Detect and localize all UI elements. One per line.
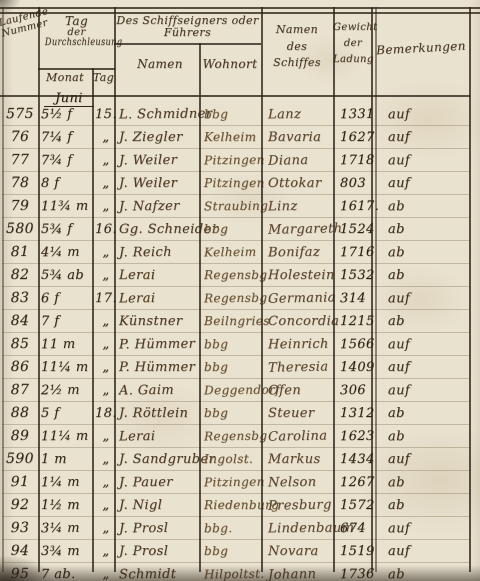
cell-laufende-nummer: 79	[2, 198, 38, 214]
header-bemerkungen: Bemerkungen	[373, 39, 470, 57]
table-row: 92 1½ m „ J. Nigl Riedenburg Presburg 15…	[2, 494, 469, 517]
cell-uhrzeit: 5¾ f	[38, 222, 95, 237]
cell-bemerkung: auf	[380, 106, 469, 122]
cell-uhrzeit: 8 f	[38, 176, 95, 191]
cell-eigner-name: L. Schmidner	[117, 106, 204, 122]
table-row: 89 11¼ m „ Lerai Regensbg Carolina 1623 …	[2, 425, 469, 448]
cell-wohnort: bbg	[204, 107, 266, 122]
cell-uhrzeit: 11 m	[38, 336, 95, 352]
cell-uhrzeit: 1¼ m	[38, 474, 95, 490]
cell-bemerkung: ab	[380, 198, 469, 214]
header-gewicht-line2: der	[344, 38, 362, 49]
cell-wohnort: Straubing	[204, 199, 266, 214]
cell-schiffsname: Bavaria	[266, 130, 340, 145]
cell-bemerkung: ab	[380, 314, 469, 329]
table-row: 81 4¼ m „ J. Reich Kelheim Bonifaz 1716 …	[2, 241, 469, 264]
cell-bemerkung: auf	[380, 452, 469, 467]
column-rule-gewicht-bemerkungen-outer	[371, 7, 373, 572]
cell-schiffsname: Lindenbaum	[266, 520, 340, 536]
cell-eigner-name: Lerai	[117, 428, 204, 444]
column-rule-namen-wohnort	[199, 43, 201, 572]
table-rows: 575 5½ f 15. L. Schmidner bbg Lanz 1331 …	[2, 103, 469, 581]
page-corner-shadow	[0, 0, 22, 14]
cell-schiffsname: Concordia	[266, 314, 340, 329]
cell-wohnort: Regensbg	[204, 268, 266, 282]
subheader-tag: Tag	[92, 72, 115, 84]
table-row: 83 6 f 17. Lerai Regensbg. Germania 314 …	[2, 287, 469, 310]
cell-gewicht: 1312	[340, 406, 380, 421]
cell-schiffsname: Ottokar	[266, 176, 340, 191]
table-row: 580 5¾ f 16. Gg. Schneider bbg Margareth…	[2, 218, 469, 241]
cell-bemerkung: auf	[380, 152, 469, 168]
cell-schiffsname: Germania	[266, 290, 340, 307]
table-row: 575 5½ f 15. L. Schmidner bbg Lanz 1331 …	[2, 103, 469, 126]
cell-laufende-nummer: 83	[2, 290, 38, 306]
cell-laufende-nummer: 575	[2, 106, 38, 122]
cell-uhrzeit: 7¼ f	[38, 130, 95, 145]
subheader-monat: Monat	[38, 72, 92, 84]
header-schiff-line3: Schiffes	[273, 56, 321, 69]
cell-uhrzeit: 3¼ m	[38, 520, 95, 536]
page-bottom-shadow	[0, 565, 480, 581]
header-schiffseigner-line2: Führers	[164, 26, 211, 39]
cell-wohnort: bbg	[204, 544, 266, 558]
cell-laufende-nummer: 87	[2, 382, 38, 398]
header-tag-word: Tag	[38, 15, 115, 28]
column-rule-schiff-gewicht	[333, 7, 335, 572]
cell-laufende-nummer: 580	[2, 221, 38, 237]
cell-eigner-name: J. Reich	[117, 244, 204, 260]
cell-bemerkung: ab	[380, 428, 469, 444]
header-tag-der-durchschleusung: Tag der Durchschleusung	[38, 15, 115, 49]
cell-bemerkung: auf	[380, 520, 469, 536]
cell-schiffsname: Diana	[266, 152, 340, 169]
rule-under-header	[0, 95, 470, 97]
cell-laufende-nummer: 82	[2, 267, 38, 283]
cell-gewicht: 1409	[340, 360, 380, 375]
cell-laufende-nummer: 76	[2, 129, 38, 145]
cell-eigner-name: J. Weiler	[117, 176, 204, 191]
subheader-namen: Namen	[120, 58, 200, 71]
cell-uhrzeit: 4¼ m	[38, 244, 95, 260]
cell-eigner-name: Künstner	[117, 314, 204, 329]
cell-schiffsname: Novara	[266, 544, 340, 559]
cell-gewicht: 803	[340, 176, 380, 191]
cell-wohnort: Regensbg.	[204, 291, 266, 306]
table-row: 88 5 f 18. J. Röttlein bbg Steuer 1312 a…	[2, 402, 469, 425]
cell-uhrzeit: 7 f	[38, 314, 95, 329]
cell-uhrzeit: 11¼ m	[38, 428, 95, 444]
cell-schiffsname: Heinrich	[266, 336, 340, 352]
cell-schiffsname: Margareth	[266, 221, 340, 238]
cell-schiffsname: Markus	[266, 452, 340, 467]
cell-schiffsname: Presburg	[266, 497, 340, 514]
cell-wohnort: bbg	[204, 406, 266, 420]
header-schiff-line2: des	[287, 40, 307, 53]
cell-wohnort: Ingolst.	[204, 452, 266, 466]
cell-laufende-nummer: 590	[2, 451, 38, 467]
cell-laufende-nummer: 86	[2, 359, 38, 375]
table-row: 78 8 f „ J. Weiler Pitzingen Ottokar 803…	[2, 172, 469, 195]
cell-uhrzeit: 11¼ m	[38, 360, 95, 375]
cell-wohnort: Kelheim	[204, 130, 266, 144]
cell-eigner-name: P. Hümmer	[117, 336, 204, 352]
cell-laufende-nummer: 88	[2, 405, 38, 421]
cell-wohnort: Beilngries	[204, 314, 266, 328]
table-row: 91 1¼ m „ J. Pauer Pitzingen Nelson 1267…	[2, 471, 469, 494]
table-row: 82 5¾ ab „ Lerai Regensbg Holestein 1532…	[2, 264, 469, 287]
cell-bemerkung: auf	[380, 544, 469, 559]
cell-gewicht: 1519	[340, 544, 380, 559]
cell-gewicht: 1434	[340, 452, 380, 467]
cell-uhrzeit: 5½ f	[38, 106, 95, 122]
table-row: 94 3¾ m „ J. Prosl bbg Novara 1519 auf	[2, 540, 469, 563]
cell-eigner-name: A. Gaim	[117, 382, 204, 398]
cell-bemerkung: auf	[380, 290, 469, 306]
cell-eigner-name: J. Nafzer	[117, 198, 204, 214]
cell-wohnort: Pitzingen	[204, 153, 266, 168]
cell-uhrzeit: 7¾ f	[38, 152, 95, 168]
cell-eigner-name: J. Nigl	[117, 498, 204, 513]
cell-bemerkung: auf	[380, 382, 469, 398]
cell-wohnort: bbg	[204, 222, 266, 236]
cell-uhrzeit: 2½ m	[38, 382, 95, 398]
cell-wohnort: Riedenburg	[204, 498, 266, 512]
table-row: 85 11 m „ P. Hümmer bbg Heinrich 1566 au…	[2, 333, 469, 356]
header-durchschleusung-word: Durchschleusung	[45, 38, 108, 49]
cell-schiffsname: Carolina	[266, 428, 340, 445]
cell-uhrzeit: 1 m	[38, 452, 95, 467]
cell-eigner-name: Gg. Schneider	[117, 222, 204, 237]
cell-bemerkung: ab	[380, 498, 469, 513]
table-row: 76 7¼ f „ J. Ziegler Kelheim Bavaria 162…	[2, 126, 469, 149]
cell-schiffsname: Ofen	[266, 382, 340, 398]
cell-uhrzeit: 11¾ m	[38, 198, 95, 214]
cell-uhrzeit: 1½ m	[38, 498, 95, 513]
cell-wohnort: bbg.	[204, 521, 266, 536]
header-gewicht-der-ladung: Gewicht der Ladung	[333, 20, 373, 68]
cell-eigner-name: Lerai	[117, 268, 204, 283]
cell-bemerkung: auf	[380, 130, 469, 145]
rule-above-monat-tag	[38, 68, 115, 70]
header-gewicht-line3: Ladung	[333, 54, 374, 65]
cell-wohnort: Kelheim	[204, 245, 266, 260]
cell-eigner-name: Lerai	[117, 290, 204, 306]
cell-laufende-nummer: 89	[2, 428, 38, 444]
cell-wohnort: Pitzingen	[204, 475, 266, 490]
cell-eigner-name: J. Ziegler	[117, 130, 204, 145]
cell-laufende-nummer: 78	[2, 175, 38, 191]
cell-schiffsname: Linz	[266, 198, 340, 214]
cell-laufende-nummer: 91	[2, 474, 38, 490]
cell-wohnort: Pitzingen	[204, 176, 266, 190]
cell-gewicht: 1215	[340, 314, 380, 329]
cell-bemerkung: auf	[380, 360, 469, 375]
cell-schiffsname: Bonifaz	[266, 244, 340, 260]
table-row: 79 11¾ m „ J. Nafzer Straubing Linz 1617…	[2, 195, 469, 218]
column-rule-gewicht-bemerkungen-inner	[375, 7, 377, 572]
cell-laufende-nummer: 84	[2, 313, 38, 329]
table-border-top-inner	[0, 12, 480, 14]
cell-eigner-name: J. Weiler	[117, 152, 204, 168]
table-row: 84 7 f „ Künstner Beilngries Concordia 1…	[2, 310, 469, 333]
table-row: 590 1 m „ J. Sandgruber Ingolst. Markus …	[2, 448, 469, 471]
column-rule-nummer	[38, 7, 40, 572]
cell-gewicht: 1532	[340, 268, 380, 283]
cell-laufende-nummer: 85	[2, 336, 38, 352]
cell-bemerkung: ab	[380, 268, 469, 283]
cell-schiffsname: Steuer	[266, 406, 340, 421]
cell-eigner-name: J. Prosl	[117, 520, 204, 536]
cell-laufende-nummer: 92	[2, 497, 38, 513]
header-schiffseigner: Des Schiffseigners oder Führers	[114, 15, 261, 38]
cell-schiffsname: Nelson	[266, 474, 340, 490]
cell-gewicht: 1627	[340, 130, 380, 145]
cell-uhrzeit: 5 f	[38, 406, 95, 421]
cell-bemerkung: auf	[380, 176, 469, 191]
column-rule-monat-tag	[92, 68, 94, 572]
table-row: 86 11¼ m „ P. Hümmer bbg Theresia 1409 a…	[2, 356, 469, 379]
table-border-top-outer	[0, 7, 480, 9]
cell-eigner-name: P. Hümmer	[117, 360, 204, 375]
cell-eigner-name: J. Röttlein	[117, 406, 204, 421]
table-row: 93 3¼ m „ J. Prosl bbg. Lindenbaum 674 a…	[2, 517, 469, 540]
cell-schiffsname: Holestein	[266, 268, 340, 283]
column-rule-right-edge	[469, 7, 471, 572]
rule-under-eigner-header	[114, 43, 261, 45]
cell-eigner-name: J. Sandgruber	[117, 452, 204, 467]
ledger-page: Laufende Nummer Tag der Durchschleusung …	[0, 0, 480, 581]
subheader-wohnort: Wohnort	[199, 58, 261, 71]
cell-bemerkung: ab	[380, 222, 469, 237]
cell-gewicht: 1524	[340, 222, 380, 237]
cell-gewicht: 1572	[340, 498, 380, 513]
cell-bemerkung: auf	[380, 336, 469, 352]
cell-schiffsname: Theresia	[266, 359, 340, 376]
cell-wohnort: Regensbg	[204, 429, 266, 444]
table-row: 77 7¾ f „ J. Weiler Pitzingen Diana 1718…	[2, 149, 469, 172]
header-namen-des-schiffes: Namen des Schiffes	[261, 22, 333, 72]
cell-eigner-name: J. Pauer	[117, 474, 204, 490]
table-row: 87 2½ m „ A. Gaim Deggendorf Ofen 306 au…	[2, 379, 469, 402]
cell-bemerkung: ab	[380, 406, 469, 421]
header-schiff-line1: Namen	[276, 23, 318, 36]
cell-laufende-nummer: 81	[2, 244, 38, 260]
cell-wohnort: bbg	[204, 360, 266, 374]
cell-eigner-name: J. Prosl	[117, 544, 204, 559]
cell-uhrzeit: 5¾ ab	[38, 268, 95, 283]
cell-wohnort: bbg	[204, 337, 266, 352]
cell-laufende-nummer: 93	[2, 520, 38, 536]
cell-laufende-nummer: 77	[2, 152, 38, 168]
column-rule-wohnort-schiff	[261, 7, 263, 572]
column-rule-left-edge	[2, 7, 4, 572]
cell-bemerkung: ab	[380, 474, 469, 490]
cell-wohnort: Deggendorf	[204, 383, 266, 398]
cell-bemerkung: ab	[380, 244, 469, 260]
column-rule-tag-namen	[114, 7, 116, 572]
cell-uhrzeit: 6 f	[38, 290, 95, 306]
cell-schiffsname: Lanz	[266, 106, 340, 122]
